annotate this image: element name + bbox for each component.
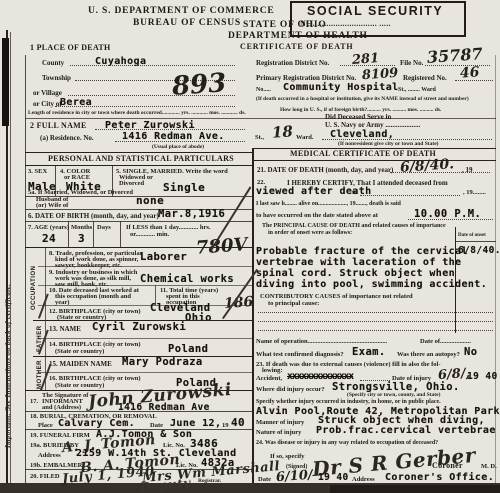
registered-no-label: Registered No. bbox=[403, 74, 447, 82]
where-injury-label: Where did injury occur? bbox=[256, 386, 325, 393]
injury-date-value: 6/8/, bbox=[438, 367, 471, 382]
st-ward-label: St., ........ Ward bbox=[398, 87, 436, 94]
onset-column-header: Date of onset bbox=[458, 233, 486, 239]
operation-date-label: Date of................... bbox=[420, 338, 471, 345]
coroner-date-label: Date bbox=[258, 476, 271, 483]
rule bbox=[68, 221, 69, 247]
hospital-note: (If death occurred in a hospital or inst… bbox=[256, 96, 469, 103]
rule bbox=[38, 338, 252, 339]
served-line2: U. S. Navy or Army .................... bbox=[325, 121, 420, 129]
coroner-address-value: Coroner's Office. bbox=[385, 472, 494, 483]
marital-value: Single bbox=[163, 182, 205, 194]
county-line bbox=[70, 65, 235, 66]
onset-date-value: 6/8/40. bbox=[458, 246, 500, 256]
primary-reg-value: 8109 bbox=[362, 67, 399, 82]
registrar-label: Registrar. bbox=[198, 478, 221, 485]
bureau-census-line: BUREAU OF CENSUS bbox=[133, 18, 241, 28]
test-label: What test confirmed diagnosis? bbox=[256, 351, 344, 358]
months-label: Months bbox=[71, 224, 92, 231]
industry-value: Chemical works bbox=[140, 274, 234, 286]
external-causes-line1: 23. If death was due to external causes … bbox=[256, 361, 441, 368]
mother-bp-label2: (State or country) bbox=[55, 382, 104, 389]
funeral-address-label: Address bbox=[38, 452, 61, 459]
column-divider bbox=[252, 148, 254, 483]
rule bbox=[93, 221, 94, 247]
sex-label: 3. SEX bbox=[28, 168, 47, 175]
margin-instructions: Important. See Instructions on back of c… bbox=[4, 284, 12, 448]
rule bbox=[38, 266, 252, 267]
autopsy-label: Was there an autopsy? bbox=[397, 351, 460, 358]
abode-note: (Usual place of abode) bbox=[152, 144, 204, 151]
form-left-rule bbox=[25, 55, 26, 483]
file-no-line bbox=[425, 65, 490, 66]
where-injury-note: (Specify city or town, county, and State… bbox=[347, 392, 440, 399]
rule bbox=[38, 285, 252, 286]
right-border bbox=[495, 55, 496, 483]
st-label: St., bbox=[255, 134, 264, 141]
rule bbox=[38, 305, 252, 306]
father-name-value: Cyril Zurowski bbox=[92, 322, 186, 334]
rule bbox=[25, 165, 252, 166]
days-label: Days bbox=[97, 224, 111, 231]
coroner-date-year: 19 40 bbox=[318, 473, 349, 483]
blank-line bbox=[258, 321, 493, 322]
principal-cause-line1: The PRINCIPAL CAUSE OF DEATH and related… bbox=[262, 223, 446, 230]
county-label: County bbox=[42, 59, 64, 67]
cause-line2: vertebrae with laceration of the bbox=[256, 257, 461, 268]
father-name-label: 13. NAME bbox=[49, 325, 81, 333]
husband-value: none bbox=[136, 195, 164, 207]
occurred-line: to have occurred on the date stated abov… bbox=[256, 212, 378, 219]
scan-edge-bar bbox=[2, 38, 9, 126]
to-line bbox=[360, 195, 460, 196]
trade-value: Laborer bbox=[140, 252, 187, 264]
reg-district-label: Registration District No. bbox=[256, 59, 329, 67]
time-line bbox=[408, 219, 493, 220]
burial-year-value: 40 bbox=[231, 417, 245, 429]
manner-label: Manner of injury bbox=[256, 419, 304, 426]
nonresident-note: (If nonresident give city or town and St… bbox=[338, 141, 438, 148]
burial-place-value: Calvary Cem. bbox=[58, 418, 135, 429]
age-value: 24 bbox=[42, 233, 56, 245]
residence-length-label: Length of residence in city or town wher… bbox=[28, 110, 246, 117]
nature-value: Prob.frac.cervical vertebrae bbox=[316, 425, 496, 436]
place-of-death-title: 1 PLACE OF DEATH bbox=[30, 44, 111, 53]
rule bbox=[25, 118, 496, 119]
cause-line3: spinal cord. Struck object when bbox=[256, 268, 455, 279]
rule bbox=[25, 411, 252, 412]
autopsy-value: No bbox=[464, 347, 477, 359]
coroner-date-value: 6/10/ bbox=[276, 469, 313, 485]
trade-handwritten-780v: 780V bbox=[195, 236, 248, 258]
occupation-vertical-label: OCCUPATION bbox=[31, 266, 37, 310]
months-value: 3 bbox=[78, 233, 85, 245]
principal-cause-line2: in order of onset were as follows: bbox=[268, 230, 352, 237]
last-saw-line: I last saw h........ alive on...........… bbox=[256, 201, 401, 208]
operation-label: Name of operation.......................… bbox=[256, 338, 387, 345]
dept-commerce-line: U. S. DEPARTMENT OF COMMERCE bbox=[88, 6, 275, 16]
township-label: Township bbox=[42, 74, 71, 82]
md-label: M. D. bbox=[481, 463, 497, 470]
fullname-label: 2 FULL NAME bbox=[30, 122, 87, 131]
burial-date-value: June 12, bbox=[170, 418, 221, 429]
social-security-title: SOCIAL SECURITY bbox=[307, 4, 443, 18]
dob-value: Mar.8,1916 bbox=[158, 209, 225, 221]
residence-city-line bbox=[322, 139, 492, 140]
rule bbox=[25, 221, 252, 222]
rule bbox=[38, 372, 252, 373]
served-line1: Did Deceased Serve in bbox=[325, 113, 391, 121]
death-certificate-document: U. S. DEPARTMENT OF COMMERCE BUREAU OF C… bbox=[0, 0, 500, 493]
village-handwritten-893: 893 bbox=[171, 70, 227, 100]
test-value: Exam. bbox=[352, 347, 386, 359]
age-label: 7. AGE (years) bbox=[28, 224, 69, 231]
hospital-value: Community Hospital bbox=[283, 82, 399, 93]
ward-label: Ward. bbox=[296, 134, 314, 141]
contributory-line2: to principal cause: bbox=[268, 300, 319, 307]
birthplace-value-state: Ohio bbox=[185, 313, 212, 325]
residence-label: (a) Residence. No. bbox=[40, 134, 94, 142]
dod-line bbox=[390, 172, 490, 173]
file-no-value: 35787 bbox=[427, 46, 484, 66]
fullname-line bbox=[95, 129, 245, 130]
blank-line bbox=[258, 312, 493, 313]
filed-label: 20. FILED bbox=[30, 473, 60, 480]
medical-section-title: MEDICAL CERTIFICATE OF DEATH bbox=[290, 150, 436, 159]
marital-label3: Divorced bbox=[119, 180, 144, 187]
coroner-address-label: Address bbox=[352, 476, 375, 483]
cause-line4: diving into pool, swimming accident. bbox=[256, 279, 487, 290]
dept-of-health: DEPARTMENT OF HEALTH bbox=[228, 31, 368, 41]
to-label: to bbox=[352, 189, 357, 196]
specify-label: Specify whether injury occurred in indus… bbox=[256, 399, 441, 406]
scan-bottom-band-dark bbox=[330, 485, 500, 493]
personal-section-title: PERSONAL AND STATISTICAL PARTICULARS bbox=[48, 155, 234, 164]
registered-no-value: 46 bbox=[460, 65, 480, 80]
father-bp-label2: (State or country) bbox=[55, 348, 104, 355]
blank-line bbox=[258, 330, 493, 331]
state-of-ohio: STATE OF OHIO bbox=[243, 20, 327, 30]
informant-num: 17. bbox=[30, 398, 38, 405]
rule bbox=[252, 160, 496, 161]
primary-reg-label: Primary Registration District No. bbox=[256, 74, 356, 82]
less-than-day-label2: or............ min. bbox=[130, 231, 169, 238]
if-so-specify-label: If so, specify bbox=[270, 453, 304, 460]
mother-name-value: Mary Podraza bbox=[122, 357, 203, 369]
rule bbox=[455, 241, 496, 242]
cause-line1: Probable fracture of the cervical bbox=[256, 246, 468, 257]
pen-stroke bbox=[38, 294, 48, 319]
nature-label: Nature of injury bbox=[256, 429, 301, 436]
dob-label: 6. DATE OF BIRTH (month, day, and year) bbox=[28, 212, 159, 220]
accident-label: Accident, bbox=[256, 375, 282, 382]
no-label: No..... bbox=[256, 87, 271, 94]
mother-name-label: 15. MAIDEN NAME bbox=[49, 360, 112, 368]
injury-year: 19 40 bbox=[467, 372, 498, 382]
ward-handwritten: 18 bbox=[272, 124, 294, 140]
to-suffix: , 19........ bbox=[463, 189, 486, 196]
file-no-label: File No. bbox=[400, 59, 423, 67]
registered-no-line bbox=[455, 80, 493, 81]
residence-line bbox=[115, 141, 245, 142]
rule bbox=[120, 221, 121, 247]
city-line bbox=[55, 106, 235, 107]
coroner-label: Coroner bbox=[432, 462, 463, 471]
certificate-of-death: CERTIFICATE OF DEATH bbox=[240, 43, 353, 52]
external-causes-line2: lowing: bbox=[262, 367, 283, 374]
village-label: or Village bbox=[33, 89, 62, 97]
date-of-death-label: 21. DATE OF DEATH (month, day, and year) bbox=[257, 166, 393, 174]
father-bp-value: Poland bbox=[168, 344, 208, 356]
q24-line: 24. Was disease or injury in any way rel… bbox=[256, 440, 438, 447]
rule bbox=[25, 152, 252, 153]
rule bbox=[45, 248, 46, 390]
